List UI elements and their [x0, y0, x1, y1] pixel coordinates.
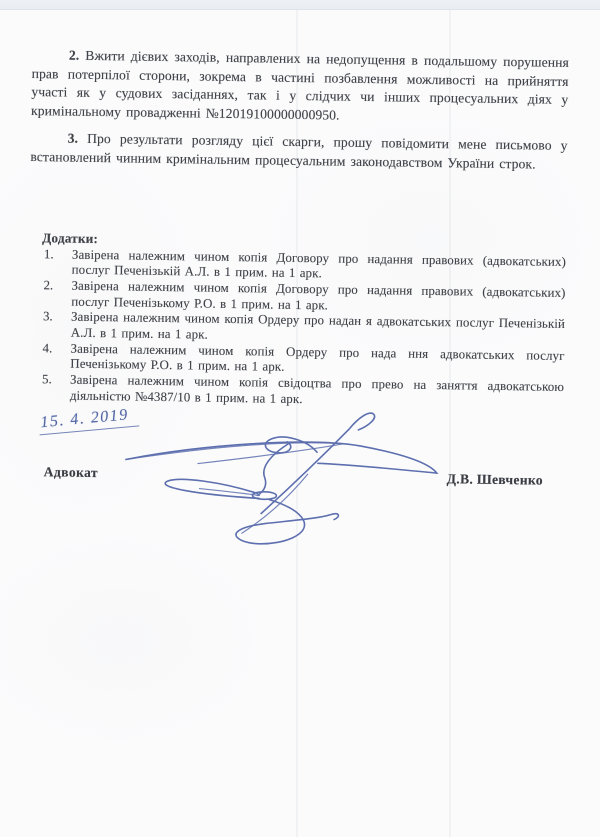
paragraph-3-text: Про результати розгляду цієї скарги, про… — [30, 131, 567, 171]
attachment-item-number: 3. — [43, 310, 71, 342]
signoff-name-label: Д.В. Шевченко — [447, 471, 544, 488]
scanned-document-page: 2. Вжити дієвих заходів, направлених на … — [0, 0, 600, 837]
paragraph-2-number: 2. — [69, 48, 80, 63]
paragraph-3-number: 3. — [68, 131, 79, 146]
paragraph-2: 2. Вжити дієвих заходів, направлених на … — [31, 46, 569, 128]
attachments-section: Додатки: 1. Завірена належним чином копі… — [27, 230, 567, 412]
attachment-item-number: 1. — [44, 247, 72, 279]
attachment-item-number: 4. — [42, 341, 70, 373]
attachment-item-number: 5. — [42, 372, 70, 404]
signature-icon — [110, 399, 480, 574]
document-body: 2. Вжити дієвих заходів, направлених на … — [0, 0, 600, 412]
paragraph-3: 3. Про результати розгляду цієї скарги, … — [30, 129, 567, 174]
paragraph-2-text: Вжити дієвих заходів, направлених на нед… — [31, 48, 569, 123]
attachment-item-number: 2. — [43, 278, 71, 310]
signoff-role-label: Адвокат — [44, 464, 99, 481]
attachments-list: 1. Завірена належним чином копія Договор… — [27, 247, 566, 412]
